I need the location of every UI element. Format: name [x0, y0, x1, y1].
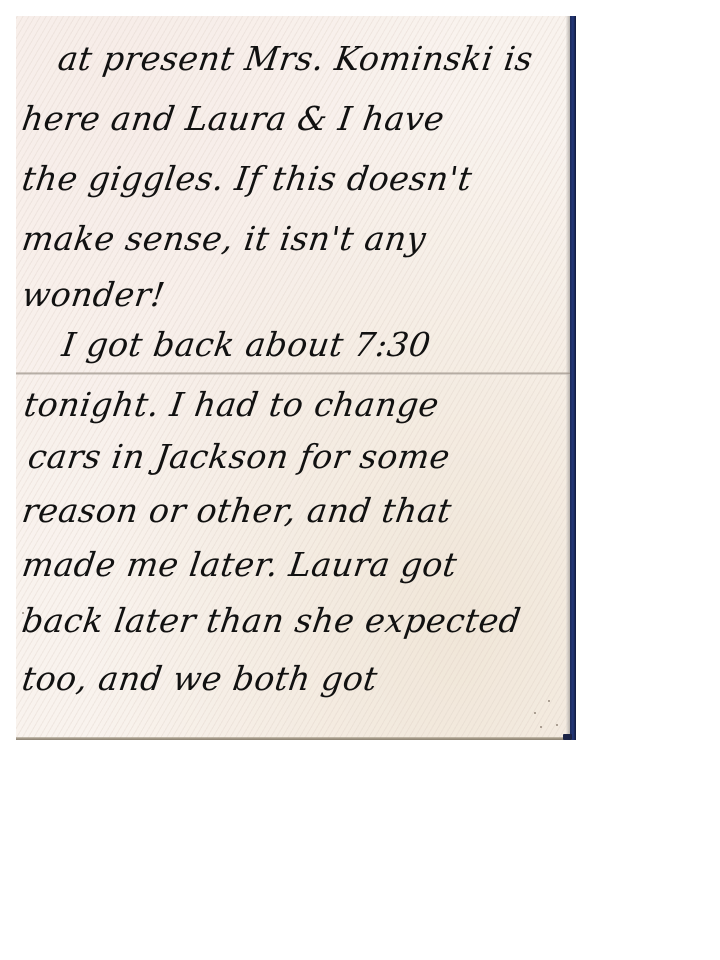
handwritten-line-11: back later than she expected: [20, 604, 523, 637]
handwritten-line-5: wonder!: [20, 278, 167, 311]
handwritten-line-8: cars in Jackson for some: [26, 440, 452, 473]
handwritten-line-2: here and Laura & I have: [20, 102, 447, 135]
handwritten-line-12: too, and we both got: [20, 662, 380, 695]
page-bottom-edge: [16, 737, 572, 740]
handwritten-line-6: I got back about 7:30: [60, 328, 433, 361]
handwritten-line-10: made me later. Laura got: [20, 548, 459, 581]
paper-speck: [22, 612, 24, 614]
handwritten-line-9: reason or other, and that: [20, 494, 454, 527]
paper-speck: [556, 724, 558, 726]
paper-speck: [540, 726, 542, 728]
handwritten-line-1: at present Mrs. Kominski is: [56, 42, 535, 75]
paper-speck: [534, 712, 536, 714]
paper-speck: [548, 700, 550, 702]
scanner-edge-border: [570, 16, 576, 740]
handwritten-line-4: make sense, it isn't any: [20, 222, 428, 255]
handwritten-line-3: the giggles. If this doesn't: [20, 162, 474, 195]
corner-mark: [563, 734, 572, 740]
handwritten-line-7: tonight. I had to change: [22, 388, 441, 421]
paper-fold-line: [16, 372, 570, 375]
